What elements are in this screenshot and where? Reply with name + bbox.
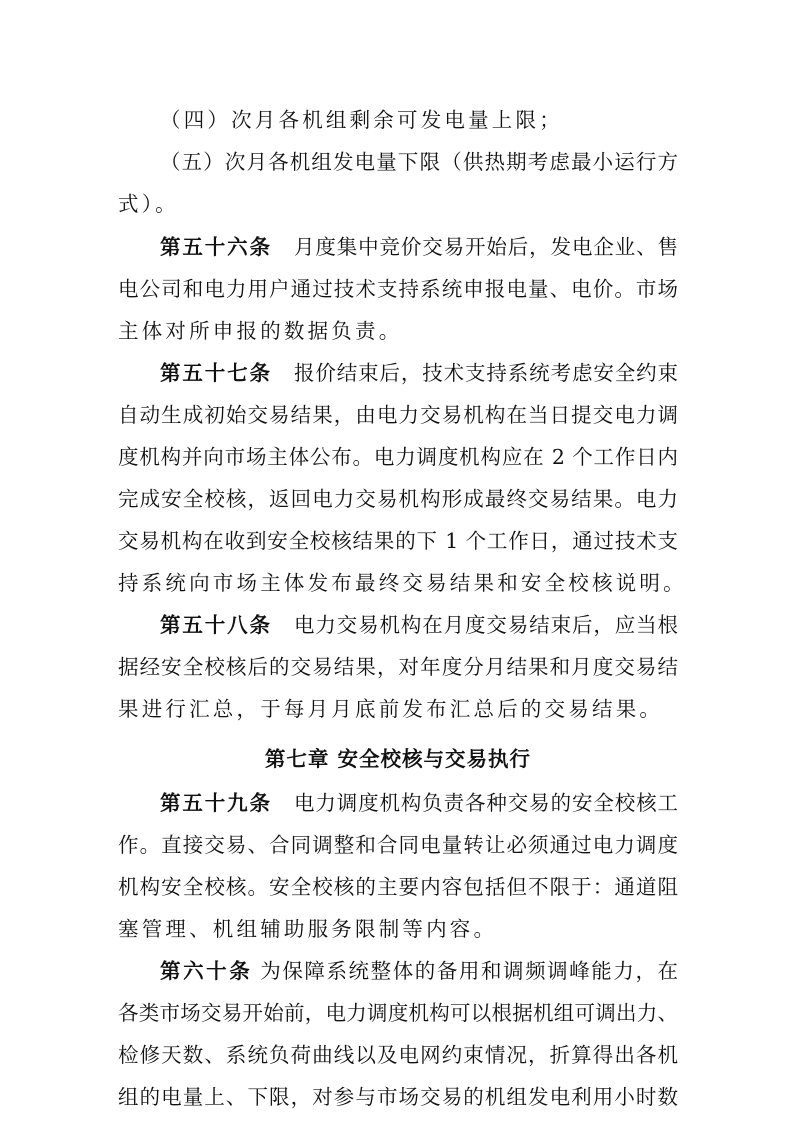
- article-number: 第五十九条: [160, 791, 272, 815]
- article-57-line: 完成安全校核，返回电力交易机构形成最终交易结果。电力: [118, 478, 678, 520]
- article-text: 电力交易机构在月度交易结束后，应当根: [294, 613, 678, 637]
- article-number: 第五十七条: [160, 361, 272, 385]
- document-page: （四）次月各机组剩余可发电量上限； （五）次月各机组发电量下限（供热期考虑最小运…: [0, 0, 796, 1123]
- article-59-line: 塞管理、机组辅助服务限制等内容。: [118, 908, 678, 950]
- article-58-line: 果进行汇总，于每月月底前发布汇总后的交易结果。: [118, 688, 678, 730]
- article-text: 电力调度机构负责各种交易的安全校核工: [294, 791, 678, 815]
- article-58-line: 据经安全校核后的交易结果，对年度分月结果和月度交易结: [118, 646, 678, 688]
- article-59: 第五十九条电力调度机构负责各种交易的安全校核工: [160, 782, 678, 824]
- article-57-line: 自动生成初始交易结果，由电力交易机构在当日提交电力调: [118, 394, 678, 436]
- article-60-line: 组的电量上、下限，对参与市场交易的机组发电利用小时数: [118, 1076, 678, 1118]
- item-five-cont: 式）。: [118, 183, 678, 225]
- article-text: 月度集中竞价交易开始后，发电企业、售: [294, 235, 678, 259]
- article-text: 报价结束后，技术支持系统考虑安全约束: [294, 361, 678, 385]
- article-text: 为保障系统整体的备用和调频调峰能力，在: [260, 959, 678, 983]
- article-58: 第五十八条电力交易机构在月度交易结束后，应当根: [160, 604, 678, 646]
- article-57-line: 度机构并向市场主体公布。电力调度机构应在 2 个工作日内: [118, 436, 678, 478]
- article-number: 第五十八条: [160, 613, 272, 637]
- article-56-line: 主体对所申报的数据负责。: [118, 310, 678, 352]
- chapter-title: 第七章 安全校核与交易执行: [0, 738, 796, 780]
- article-59-line: 机构安全校核。安全校核的主要内容包括但不限于：通道阻: [118, 866, 678, 908]
- article-60-line: 各类市场交易开始前，电力调度机构可以根据机组可调出力、: [118, 992, 678, 1034]
- item-four: （四）次月各机组剩余可发电量上限；: [160, 99, 678, 141]
- article-number: 第六十条: [160, 959, 252, 983]
- article-56-line: 电公司和电力用户通过技术支持系统申报电量、电价。市场: [118, 268, 678, 310]
- item-five: （五）次月各机组发电量下限（供热期考虑最小运行方: [160, 141, 678, 183]
- article-57-line: 交易机构在收到安全校核结果的下 1 个工作日，通过技术支: [118, 520, 678, 562]
- article-57: 第五十七条报价结束后，技术支持系统考虑安全约束: [160, 352, 678, 394]
- article-number: 第五十六条: [160, 235, 272, 259]
- article-56: 第五十六条月度集中竞价交易开始后，发电企业、售: [160, 226, 678, 268]
- article-60-line: 检修天数、系统负荷曲线以及电网约束情况，折算得出各机: [118, 1034, 678, 1076]
- article-59-line: 作。直接交易、合同调整和合同电量转让必须通过电力调度: [118, 824, 678, 866]
- article-57-line: 持系统向市场主体发布最终交易结果和安全校核说明。: [118, 562, 678, 604]
- article-60: 第六十条为保障系统整体的备用和调频调峰能力，在: [160, 950, 678, 992]
